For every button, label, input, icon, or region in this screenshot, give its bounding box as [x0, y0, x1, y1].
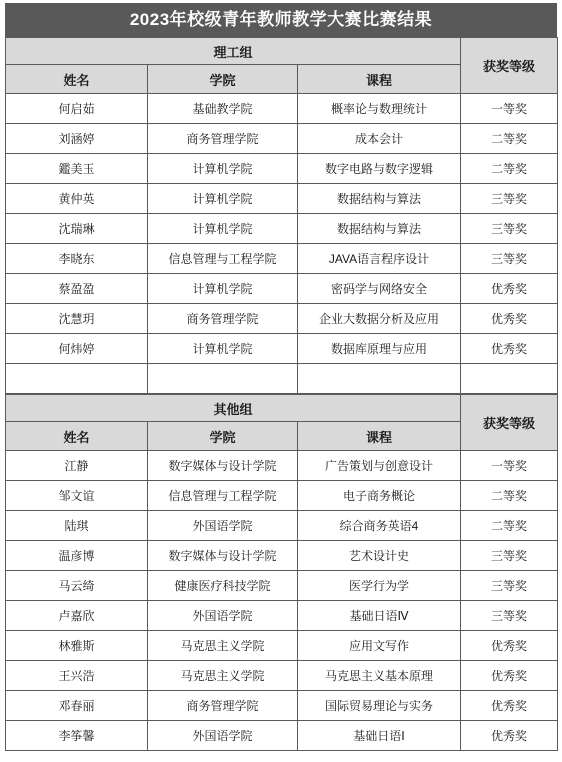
course-cell: 企业大数据分析及应用	[298, 304, 461, 334]
table-row: 刘涵婷 商务管理学院 成本会计 二等奖	[6, 124, 558, 154]
teacher-name-cell: 沈瑞琳	[6, 214, 148, 244]
table-row: 陆琪 外国语学院 综合商务英语4 二等奖	[6, 511, 558, 541]
table-row: 沈慧玥 商务管理学院 企业大数据分析及应用 优秀奖	[6, 304, 558, 334]
course-cell: 基础日语Ⅳ	[298, 601, 461, 631]
teacher-name-cell: 黄仲英	[6, 184, 148, 214]
teacher-name-cell: 蔡盈盈	[6, 274, 148, 304]
table-row: 沈瑞琳 计算机学院 数据结构与算法 三等奖	[6, 214, 558, 244]
course-cell: 综合商务英语4	[298, 511, 461, 541]
college-cell: 外国语学院	[148, 511, 298, 541]
college-cell: 数字媒体与设计学院	[148, 451, 298, 481]
college-cell: 计算机学院	[148, 334, 298, 364]
college-cell: 健康医疗科技学院	[148, 571, 298, 601]
award-cell: 优秀奖	[461, 661, 558, 691]
course-cell: 电子商务概论	[298, 481, 461, 511]
page-title: 2023年校级青年教师教学大赛比赛结果	[5, 3, 557, 37]
table-row: 林雅斯 马克思主义学院 应用文写作 优秀奖	[6, 631, 558, 661]
teacher-name-cell: 鑑美玉	[6, 154, 148, 184]
college-cell: 商务管理学院	[148, 691, 298, 721]
table-row: 鑑美玉 计算机学院 数字电路与数字逻辑 二等奖	[6, 154, 558, 184]
college-cell: 外国语学院	[148, 601, 298, 631]
results-table-group-2: 其他组 获奖等级 姓名 学院 课程 江静 数字媒体与设计学院 广告策划与创意设计…	[5, 394, 558, 751]
teacher-name-cell: 沈慧玥	[6, 304, 148, 334]
college-cell: 外国语学院	[148, 721, 298, 751]
table-row: 李晓东 信息管理与工程学院 JAVA语言程序设计 三等奖	[6, 244, 558, 274]
teacher-name-cell: 王兴浩	[6, 661, 148, 691]
college-cell: 商务管理学院	[148, 124, 298, 154]
college-cell: 马克思主义学院	[148, 631, 298, 661]
college-cell: 计算机学院	[148, 214, 298, 244]
teacher-name-cell: 卢嘉欣	[6, 601, 148, 631]
college-cell: 基础教学院	[148, 94, 298, 124]
teacher-name-cell: 马云绮	[6, 571, 148, 601]
award-cell: 二等奖	[461, 154, 558, 184]
award-cell: 三等奖	[461, 541, 558, 571]
award-cell: 二等奖	[461, 511, 558, 541]
col-header-college: 学院	[148, 422, 298, 451]
course-cell: 成本会计	[298, 124, 461, 154]
award-level-header: 获奖等级	[461, 395, 558, 451]
course-cell: 密码学与网络安全	[298, 274, 461, 304]
college-cell	[148, 364, 298, 394]
table-row: 温彦博 数字媒体与设计学院 艺术设计史 三等奖	[6, 541, 558, 571]
teacher-name-cell: 林雅斯	[6, 631, 148, 661]
college-cell: 计算机学院	[148, 184, 298, 214]
award-cell: 二等奖	[461, 481, 558, 511]
award-cell	[461, 364, 558, 394]
course-cell: 应用文写作	[298, 631, 461, 661]
award-cell: 三等奖	[461, 214, 558, 244]
course-cell: 马克思主义基本原理	[298, 661, 461, 691]
award-cell: 三等奖	[461, 601, 558, 631]
college-cell: 数字媒体与设计学院	[148, 541, 298, 571]
course-cell: 广告策划与创意设计	[298, 451, 461, 481]
course-cell: 基础日语Ⅰ	[298, 721, 461, 751]
award-cell: 优秀奖	[461, 721, 558, 751]
table-row: 李筝馨 外国语学院 基础日语Ⅰ 优秀奖	[6, 721, 558, 751]
group-name-header: 理工组	[6, 38, 461, 65]
table-row: 何炜婷 计算机学院 数据库原理与应用 优秀奖	[6, 334, 558, 364]
college-cell: 马克思主义学院	[148, 661, 298, 691]
award-cell: 优秀奖	[461, 334, 558, 364]
college-cell: 信息管理与工程学院	[148, 481, 298, 511]
award-cell: 优秀奖	[461, 274, 558, 304]
group-name-header: 其他组	[6, 395, 461, 422]
teacher-name-cell: 江静	[6, 451, 148, 481]
col-header-course: 课程	[298, 65, 461, 94]
group-header-row: 理工组 获奖等级	[6, 38, 558, 65]
table-row: 卢嘉欣 外国语学院 基础日语Ⅳ 三等奖	[6, 601, 558, 631]
course-cell: 艺术设计史	[298, 541, 461, 571]
award-cell: 三等奖	[461, 244, 558, 274]
college-cell: 计算机学院	[148, 274, 298, 304]
award-cell: 三等奖	[461, 184, 558, 214]
col-header-college: 学院	[148, 65, 298, 94]
table-row-empty	[6, 364, 558, 394]
teacher-name-cell: 何炜婷	[6, 334, 148, 364]
course-cell: 医学行为学	[298, 571, 461, 601]
teacher-name-cell: 邓春丽	[6, 691, 148, 721]
col-header-course: 课程	[298, 422, 461, 451]
course-cell	[298, 364, 461, 394]
teacher-name-cell: 刘涵婷	[6, 124, 148, 154]
teacher-name-cell: 陆琪	[6, 511, 148, 541]
college-cell: 计算机学院	[148, 154, 298, 184]
teacher-name-cell: 李筝馨	[6, 721, 148, 751]
course-cell: 数据结构与算法	[298, 184, 461, 214]
teacher-name-cell: 温彦博	[6, 541, 148, 571]
table-row: 邹文谊 信息管理与工程学院 电子商务概论 二等奖	[6, 481, 558, 511]
course-cell: 国际贸易理论与实务	[298, 691, 461, 721]
course-cell: 数字电路与数字逻辑	[298, 154, 461, 184]
table-row: 蔡盈盈 计算机学院 密码学与网络安全 优秀奖	[6, 274, 558, 304]
college-cell: 商务管理学院	[148, 304, 298, 334]
award-cell: 优秀奖	[461, 304, 558, 334]
award-cell: 一等奖	[461, 94, 558, 124]
college-cell: 信息管理与工程学院	[148, 244, 298, 274]
table-row: 江静 数字媒体与设计学院 广告策划与创意设计 一等奖	[6, 451, 558, 481]
award-cell: 一等奖	[461, 451, 558, 481]
award-level-header: 获奖等级	[461, 38, 558, 94]
course-cell: 数据库原理与应用	[298, 334, 461, 364]
course-cell: JAVA语言程序设计	[298, 244, 461, 274]
table-row: 王兴浩 马克思主义学院 马克思主义基本原理 优秀奖	[6, 661, 558, 691]
teacher-name-cell	[6, 364, 148, 394]
teacher-name-cell: 邹文谊	[6, 481, 148, 511]
spreadsheet-area: 2023年校级青年教师教学大赛比赛结果 理工组 获奖等级 姓名 学院 课程 何启…	[0, 0, 562, 751]
course-cell: 数据结构与算法	[298, 214, 461, 244]
table-row: 邓春丽 商务管理学院 国际贸易理论与实务 优秀奖	[6, 691, 558, 721]
table-row: 黄仲英 计算机学院 数据结构与算法 三等奖	[6, 184, 558, 214]
group-header-row: 其他组 获奖等级	[6, 395, 558, 422]
award-cell: 三等奖	[461, 571, 558, 601]
table-row: 马云绮 健康医疗科技学院 医学行为学 三等奖	[6, 571, 558, 601]
results-table-group-1: 理工组 获奖等级 姓名 学院 课程 何启茹 基础教学院 概率论与数理统计 一等奖…	[5, 37, 558, 394]
teacher-name-cell: 何启茹	[6, 94, 148, 124]
award-cell: 优秀奖	[461, 631, 558, 661]
col-header-name: 姓名	[6, 422, 148, 451]
teacher-name-cell: 李晓东	[6, 244, 148, 274]
col-header-name: 姓名	[6, 65, 148, 94]
award-cell: 优秀奖	[461, 691, 558, 721]
award-cell: 二等奖	[461, 124, 558, 154]
course-cell: 概率论与数理统计	[298, 94, 461, 124]
table-row: 何启茹 基础教学院 概率论与数理统计 一等奖	[6, 94, 558, 124]
